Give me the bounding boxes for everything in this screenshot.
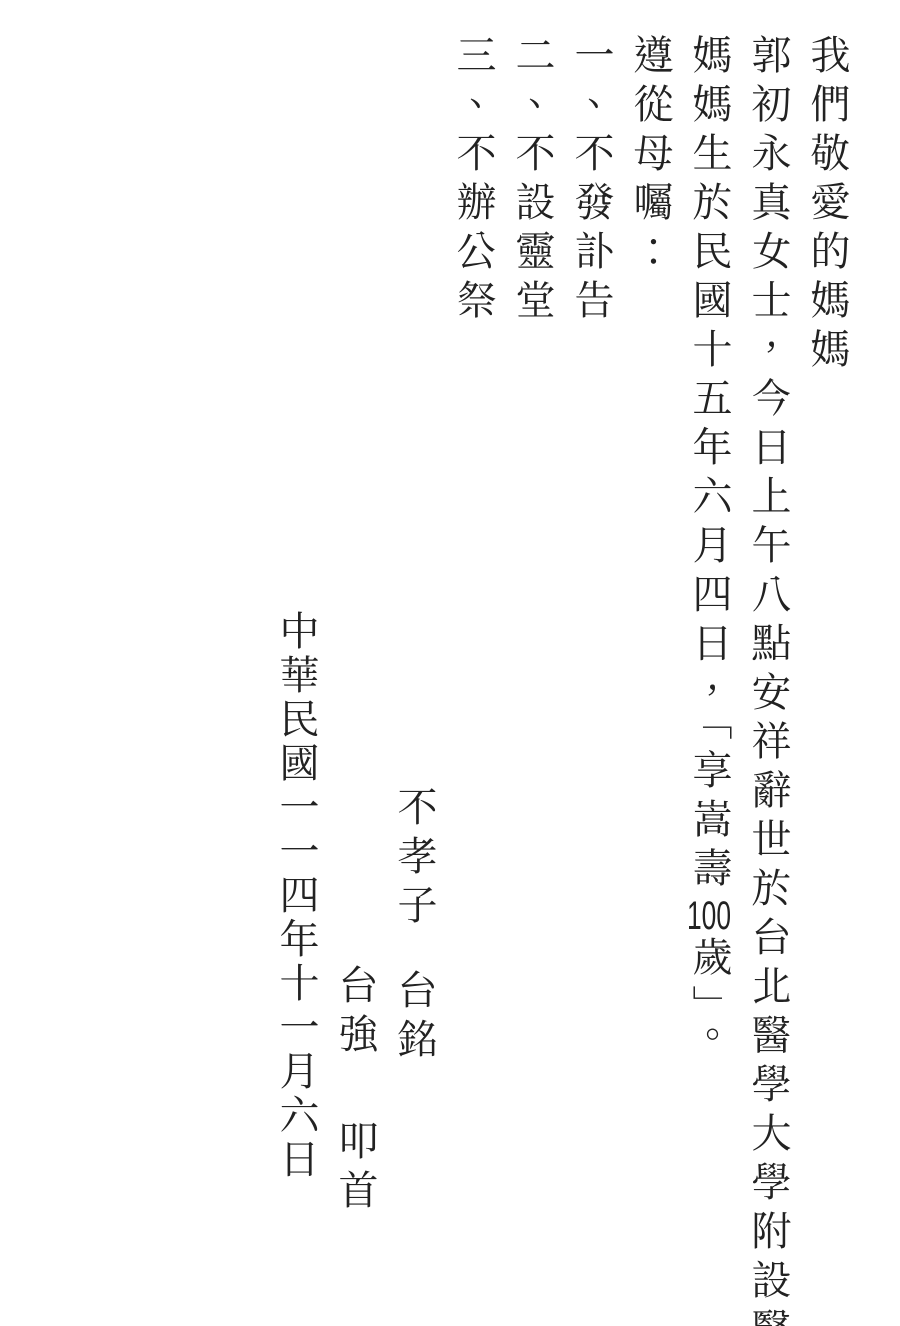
birth-longevity-line: 媽媽生於民國十五年六月四日，「享嵩壽100歲」。 [689, 34, 729, 1306]
mourner-name-1: 台銘 [392, 969, 437, 1067]
mourner-name-2: 台強 [333, 964, 378, 1062]
instruction-heading: 遵從母囑： [630, 34, 670, 1306]
mourners-column-2: 台強叩首 [335, 34, 375, 1306]
mourners-column-1: 不孝子台銘 [394, 34, 434, 1306]
birth-line-suffix: 歲」。 [687, 936, 732, 1063]
date-line: 中華民國一一四年十一月六日 [276, 34, 316, 1306]
birth-line-prefix: 媽媽生於民國十五年六月四日，「享嵩壽 [687, 34, 732, 896]
instruction-item-1: 一、不發訃告 [571, 34, 611, 1306]
announcement-line: 郭初永真女士，今日上午八點安祥辭世於台北醫學大學附設醫院。 [748, 34, 788, 1306]
instruction-item-2: 二、不設靈堂 [512, 34, 552, 1306]
instruction-item-3: 三、不辦公祭 [453, 34, 493, 1306]
obituary-notice-page: 我們敬愛的媽媽 郭初永真女士，今日上午八點安祥辭世於台北醫學大學附設醫院。 媽媽… [0, 0, 900, 1326]
mourner-title: 不孝子 [392, 786, 437, 933]
kowtow-label: 叩首 [333, 1120, 378, 1218]
age-number: 100 [687, 896, 731, 936]
salutation-line: 我們敬愛的媽媽 [807, 34, 847, 1306]
vertical-text-sheet: 我們敬愛的媽媽 郭初永真女士，今日上午八點安祥辭世於台北醫學大學附設醫院。 媽媽… [0, 0, 900, 1326]
